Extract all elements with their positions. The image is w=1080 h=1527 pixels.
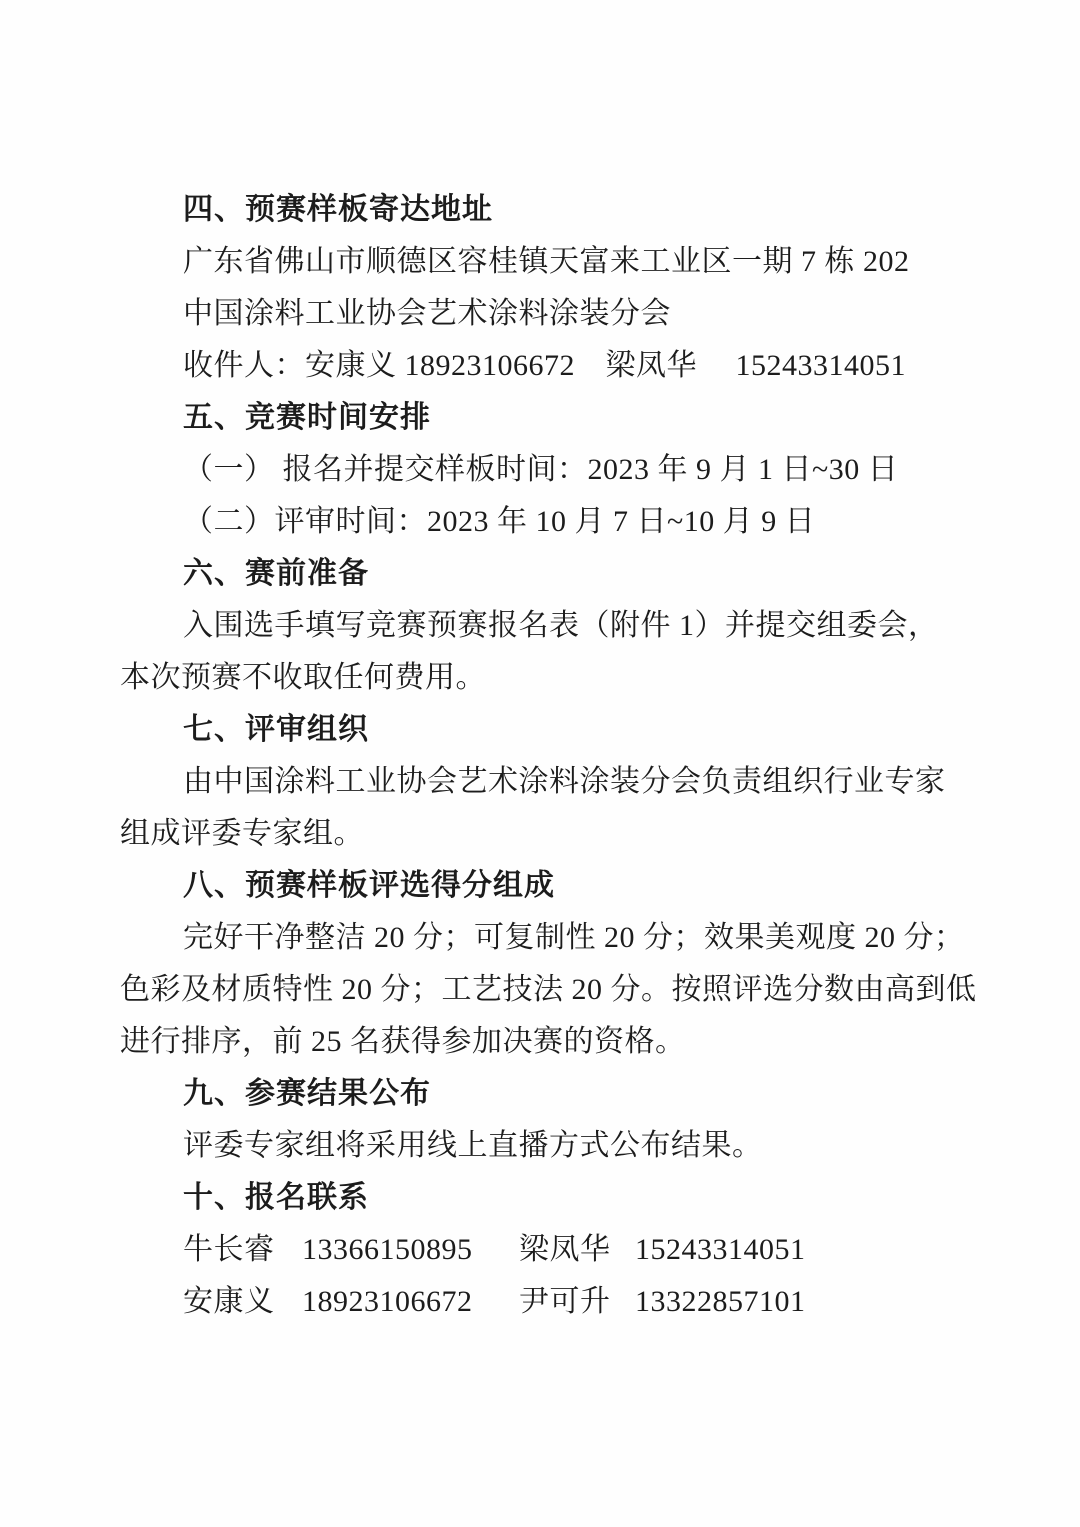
contact-phone: 13366150895	[302, 1224, 519, 1276]
scoring-line-1: 完好干净整洁 20 分；可复制性 20 分；效果美观度 20 分；	[120, 912, 966, 964]
section-9-heading: 九、参赛结果公布	[120, 1068, 966, 1120]
document-content: 四、预赛样板寄达地址 广东省佛山市顺德区容桂镇天富来工业区一期 7 栋 202 …	[120, 184, 966, 1328]
recipient-line: 收件人：安康义 18923106672 梁凤华 15243314051	[120, 340, 966, 392]
contact-phone: 18923106672	[302, 1276, 519, 1328]
contact-name: 梁凤华	[519, 1224, 635, 1276]
section-10-heading: 十、报名联系	[120, 1172, 966, 1224]
section-7-heading: 七、评审组织	[120, 704, 966, 756]
section-6-heading: 六、赛前准备	[120, 548, 966, 600]
scoring-line-3: 进行排序，前 25 名获得参加决赛的资格。	[120, 1016, 966, 1068]
preparation-line-2: 本次预赛不收取任何费用。	[120, 652, 966, 704]
contact-phone: 13322857101	[635, 1276, 966, 1328]
schedule-item-2: （二）评审时间：2023 年 10 月 7 日~10 月 9 日	[120, 496, 966, 548]
contact-phone: 15243314051	[635, 1224, 966, 1276]
contact-name: 安康义	[183, 1276, 302, 1328]
section-8-heading: 八、预赛样板评选得分组成	[120, 860, 966, 912]
judging-line-2: 组成评委专家组。	[120, 808, 966, 860]
results-line: 评委专家组将采用线上直播方式公布结果。	[120, 1120, 966, 1172]
document-page: 四、预赛样板寄达地址 广东省佛山市顺德区容桂镇天富来工业区一期 7 栋 202 …	[0, 0, 1080, 1527]
address-line-2: 中国涂料工业协会艺术涂料涂装分会	[120, 288, 966, 340]
preparation-line-1: 入围选手填写竞赛预赛报名表（附件 1）并提交组委会，	[120, 600, 966, 652]
contact-name: 尹可升	[519, 1276, 635, 1328]
contact-row: 安康义 18923106672 尹可升 13322857101	[120, 1276, 966, 1328]
schedule-item-1: （一） 报名并提交样板时间：2023 年 9 月 1 日~30 日	[120, 444, 966, 496]
contact-name: 牛长睿	[183, 1224, 302, 1276]
address-line-1: 广东省佛山市顺德区容桂镇天富来工业区一期 7 栋 202	[120, 236, 966, 288]
judging-line-1: 由中国涂料工业协会艺术涂料涂装分会负责组织行业专家	[120, 756, 966, 808]
section-5-heading: 五、竞赛时间安排	[120, 392, 966, 444]
contact-row: 牛长睿 13366150895 梁凤华 15243314051	[120, 1224, 966, 1276]
scoring-line-2: 色彩及材质特性 20 分；工艺技法 20 分。按照评选分数由高到低	[120, 964, 966, 1016]
section-4-heading: 四、预赛样板寄达地址	[120, 184, 966, 236]
